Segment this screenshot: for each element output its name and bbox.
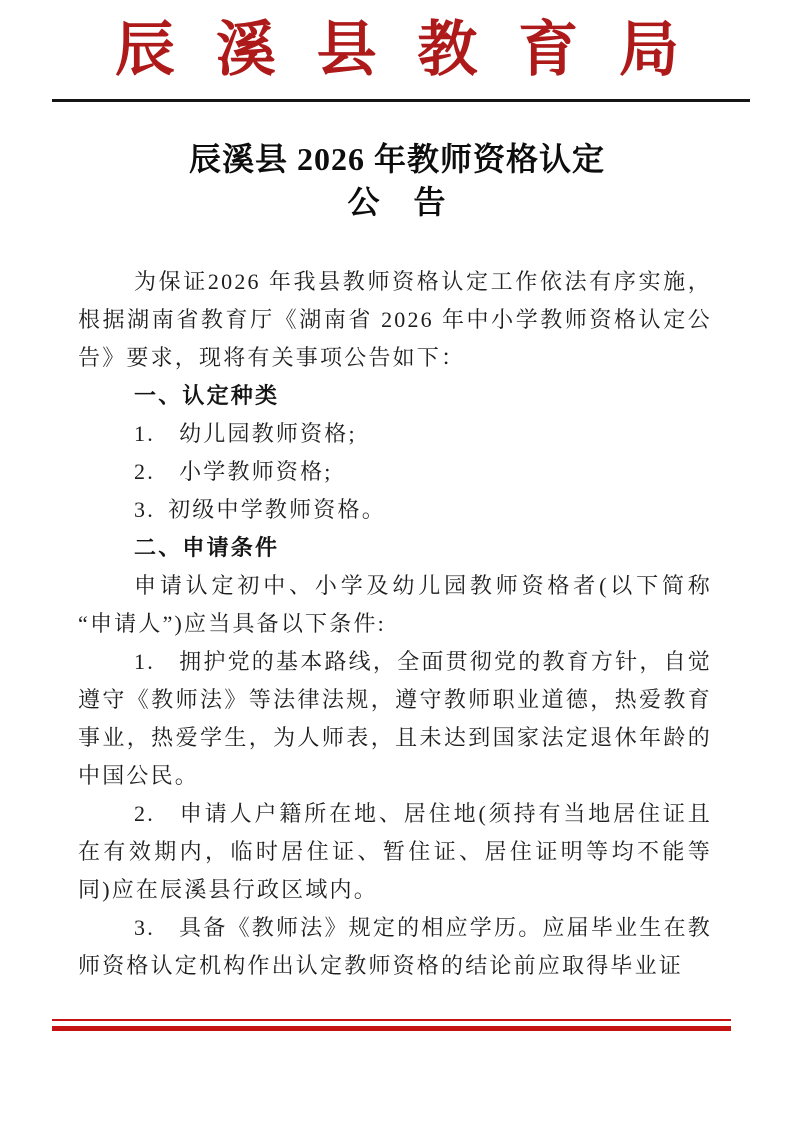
letterhead: 辰溪县教育局 xyxy=(0,17,794,83)
list-item-junior: 3. 初级中学教师资格。 xyxy=(78,491,712,529)
section-heading-1: 一、认定种类 xyxy=(78,377,712,415)
title-line-1: 辰溪县 2026 年教师资格认定 xyxy=(0,138,794,181)
letterhead-rule xyxy=(52,99,750,102)
conditions-intro: 申请认定初中、小学及幼儿园教师资格者(以下简称“申请人”)应当具备以下条件: xyxy=(78,567,712,643)
document-page: 辰溪县教育局 辰溪县 2026 年教师资格认定 公 告 为保证2026 年我县教… xyxy=(0,0,794,1122)
intro-paragraph: 为保证2026 年我县教师资格认定工作依法有序实施，根据湖南省教育厅《湖南省 2… xyxy=(78,263,712,377)
footer-rule-thin xyxy=(52,1019,731,1021)
title-line-2: 公 告 xyxy=(0,181,794,224)
list-item-kindergarten: 1. 幼儿园教师资格; xyxy=(78,415,712,453)
list-item-primary: 2. 小学教师资格; xyxy=(78,453,712,491)
org-name: 辰溪县教育局 xyxy=(74,17,720,83)
section-heading-2: 二、申请条件 xyxy=(78,529,712,567)
condition-3: 3. 具备《教师法》规定的相应学历。应届毕业生在教师资格认定机构作出认定教师资格… xyxy=(78,909,712,985)
condition-2: 2. 申请人户籍所在地、居住地(须持有当地居住证且在有效期内，临时居住证、暂住证… xyxy=(78,795,712,909)
footer-rule-thick xyxy=(52,1026,731,1031)
document-body: 为保证2026 年我县教师资格认定工作依法有序实施，根据湖南省教育厅《湖南省 2… xyxy=(78,263,712,1031)
doc-title: 辰溪县 2026 年教师资格认定 公 告 xyxy=(0,138,794,224)
condition-1: 1. 拥护党的基本路线，全面贯彻党的教育方针，自觉遵守《教师法》等法律法规，遵守… xyxy=(78,643,712,795)
